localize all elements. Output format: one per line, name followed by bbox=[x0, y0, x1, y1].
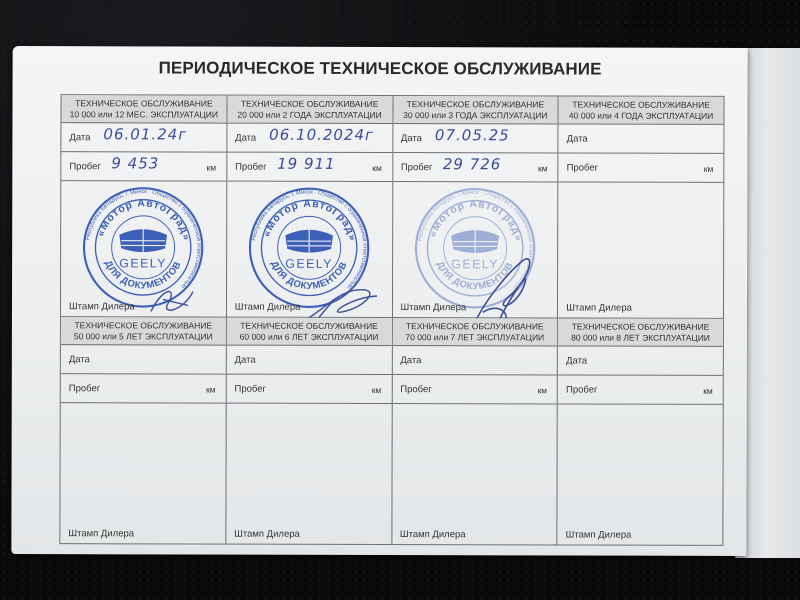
date-label: Дата bbox=[401, 133, 422, 144]
service-header-interval: 20 000 или 2 ГОДА ЭКСПЛУАТАЦИИ bbox=[227, 110, 392, 121]
date-label: Дата bbox=[566, 355, 587, 366]
date-field: Дата 07.05.25 bbox=[393, 124, 558, 153]
service-book-page: ПЕРИОДИЧЕСКОЕ ТЕХНИЧЕСКОЕ ОБСЛУЖИВАНИЕ Т… bbox=[11, 46, 747, 556]
service-header: ТЕХНИЧЕСКОЕ ОБСЛУЖИВАНИЕ 50 000 или 5 ЛЕ… bbox=[61, 317, 226, 345]
mileage-value: 9 453 bbox=[111, 154, 159, 172]
dealer-stamp-label: Штамп Дилера bbox=[69, 301, 135, 312]
date-label: Дата bbox=[400, 355, 421, 366]
mileage-label: Пробег bbox=[566, 384, 598, 395]
dealer-stamp-label: Штамп Дилера bbox=[400, 529, 466, 540]
service-cell-8: ТЕХНИЧЕСКОЕ ОБСЛУЖИВАНИЕ 80 000 или 8 ЛЕ… bbox=[558, 318, 723, 544]
mileage-field: Пробег 19 911 км bbox=[227, 153, 392, 182]
dealer-stamp-area: Республика Беларусь, г. Минск · Общество… bbox=[227, 182, 392, 317]
service-header: ТЕХНИЧЕСКОЕ ОБСЛУЖИВАНИЕ 60 000 или 6 ЛЕ… bbox=[227, 318, 392, 346]
mileage-unit: км bbox=[704, 164, 714, 174]
mileage-label: Пробег bbox=[69, 383, 101, 394]
date-value: 06.10.2024г bbox=[269, 126, 374, 144]
dealer-stamp-area: Штамп Дилера bbox=[392, 404, 557, 544]
mileage-field: Пробег км bbox=[392, 375, 557, 404]
mileage-value: 29 726 bbox=[443, 155, 502, 173]
service-header-interval: 30 000 или 3 ГОДА ЭКСПЛУАТАЦИИ bbox=[393, 110, 558, 121]
mileage-field: Пробег км bbox=[559, 153, 724, 182]
mileage-unit: км bbox=[207, 163, 217, 173]
svg-text:GEELY: GEELY bbox=[451, 257, 499, 271]
date-field: Дата bbox=[61, 345, 226, 374]
service-header-interval: 50 000 или 5 ЛЕТ ЭКСПЛУАТАЦИИ bbox=[61, 331, 226, 342]
service-header: ТЕХНИЧЕСКОЕ ОБСЛУЖИВАНИЕ 40 000 или 4 ГО… bbox=[559, 96, 724, 124]
service-cell-2: ТЕХНИЧЕСКОЕ ОБСЛУЖИВАНИЕ 20 000 или 2 ГО… bbox=[227, 96, 393, 317]
service-header-title: ТЕХНИЧЕСКОЕ ОБСЛУЖИВАНИЕ bbox=[392, 321, 557, 332]
mileage-unit: км bbox=[372, 163, 382, 173]
mileage-value: 19 911 bbox=[277, 155, 336, 173]
mileage-label: Пробег bbox=[235, 162, 267, 173]
dealer-stamp-label: Штамп Дилера bbox=[68, 528, 134, 539]
service-row-top: ТЕХНИЧЕСКОЕ ОБСЛУЖИВАНИЕ 10 000 или 12 М… bbox=[61, 95, 724, 319]
mileage-unit: км bbox=[703, 386, 713, 396]
dealer-stamp-area: Штамп Дилера bbox=[558, 182, 723, 317]
dealer-stamp-area: Штамп Дилера bbox=[558, 404, 723, 544]
service-header-title: ТЕХНИЧЕСКОЕ ОБСЛУЖИВАНИЕ bbox=[559, 99, 724, 110]
service-header-interval: 10 000 или 12 МЕС. ЭКСПЛУАТАЦИИ bbox=[61, 109, 226, 120]
date-field: Дата bbox=[559, 124, 724, 153]
service-header-interval: 40 000 или 4 ГОДА ЭКСПЛУАТАЦИИ bbox=[559, 110, 724, 121]
mileage-field: Пробег км bbox=[61, 374, 226, 403]
date-field: Дата bbox=[392, 346, 557, 375]
mileage-label: Пробег bbox=[69, 161, 101, 172]
date-label: Дата bbox=[69, 132, 90, 143]
mileage-label: Пробег bbox=[400, 384, 432, 395]
mileage-label: Пробег bbox=[401, 162, 433, 173]
service-header: ТЕХНИЧЕСКОЕ ОБСЛУЖИВАНИЕ 10 000 или 12 М… bbox=[61, 95, 226, 123]
dealer-stamp-area: Республика Беларусь, г. Минск · Общество… bbox=[61, 181, 226, 316]
dealer-stamp-label: Штамп Дилера bbox=[566, 302, 632, 313]
dealer-stamp-area: Штамп Дилера bbox=[226, 404, 391, 544]
service-header-interval: 70 000 или 7 ЛЕТ ЭКСПЛУАТАЦИИ bbox=[392, 332, 557, 343]
service-cell-6: ТЕХНИЧЕСКОЕ ОБСЛУЖИВАНИЕ 60 000 или 6 ЛЕ… bbox=[226, 318, 392, 544]
service-header-title: ТЕХНИЧЕСКОЕ ОБСЛУЖИВАНИЕ bbox=[393, 99, 558, 110]
service-cell-7: ТЕХНИЧЕСКОЕ ОБСЛУЖИВАНИЕ 70 000 или 7 ЛЕ… bbox=[392, 318, 558, 544]
service-header-title: ТЕХНИЧЕСКОЕ ОБСЛУЖИВАНИЕ bbox=[62, 98, 227, 109]
date-label: Дата bbox=[235, 355, 256, 366]
dealer-stamp: Республика Беларусь, г. Минск · Общество… bbox=[410, 186, 538, 310]
date-label: Дата bbox=[567, 133, 588, 144]
mileage-unit: км bbox=[206, 385, 216, 395]
dealer-stamp-area: Штамп Дилера bbox=[60, 403, 225, 543]
date-field: Дата bbox=[558, 346, 723, 375]
mileage-unit: км bbox=[537, 385, 547, 395]
service-header-title: ТЕХНИЧЕСКОЕ ОБСЛУЖИВАНИЕ bbox=[227, 321, 392, 332]
date-label: Дата bbox=[235, 133, 256, 144]
service-cell-4: ТЕХНИЧЕСКОЕ ОБСЛУЖИВАНИЕ 40 000 или 4 ГО… bbox=[558, 96, 723, 317]
dealer-stamp: Республика Беларусь, г. Минск · Общество… bbox=[79, 185, 207, 309]
mileage-label: Пробег bbox=[235, 384, 267, 395]
service-header-interval: 60 000 или 6 ЛЕТ ЭКСПЛУАТАЦИИ bbox=[227, 332, 392, 343]
date-value: 06.01.24г bbox=[103, 125, 187, 143]
mileage-unit: км bbox=[538, 163, 548, 173]
dealer-stamp-label: Штамп Дилера bbox=[400, 302, 466, 313]
date-field: Дата bbox=[227, 346, 392, 375]
dealer-stamp-area: Республика Беларусь, г. Минск · Общество… bbox=[392, 182, 557, 317]
mileage-field: Пробег км bbox=[558, 375, 723, 404]
service-header-title: ТЕХНИЧЕСКОЕ ОБСЛУЖИВАНИЕ bbox=[558, 321, 723, 332]
mileage-field: Пробег 9 453 км bbox=[61, 152, 226, 181]
svg-text:GEELY: GEELY bbox=[285, 257, 333, 271]
service-row-bottom: ТЕХНИЧЕСКОЕ ОБСЛУЖИВАНИЕ 50 000 или 5 ЛЕ… bbox=[60, 317, 723, 545]
mileage-label: Пробег bbox=[567, 162, 599, 173]
service-header-title: ТЕХНИЧЕСКОЕ ОБСЛУЖИВАНИЕ bbox=[227, 99, 392, 110]
page-title: ПЕРИОДИЧЕСКОЕ ТЕХНИЧЕСКОЕ ОБСЛУЖИВАНИЕ bbox=[13, 58, 748, 80]
dealer-stamp-label: Штамп Дилера bbox=[235, 302, 301, 313]
service-cell-1: ТЕХНИЧЕСКОЕ ОБСЛУЖИВАНИЕ 10 000 или 12 М… bbox=[61, 95, 227, 316]
dealer-stamp-label: Штамп Дилера bbox=[234, 529, 300, 540]
mileage-field: Пробег 29 726 км bbox=[393, 153, 558, 182]
mileage-field: Пробег км bbox=[226, 375, 391, 404]
date-label: Дата bbox=[69, 354, 90, 365]
service-header: ТЕХНИЧЕСКОЕ ОБСЛУЖИВАНИЕ 20 000 или 2 ГО… bbox=[227, 96, 392, 124]
date-field: Дата 06.01.24г bbox=[61, 123, 226, 152]
service-cell-5: ТЕХНИЧЕСКОЕ ОБСЛУЖИВАНИЕ 50 000 или 5 ЛЕ… bbox=[60, 317, 226, 543]
service-header: ТЕХНИЧЕСКОЕ ОБСЛУЖИВАНИЕ 70 000 или 7 ЛЕ… bbox=[392, 318, 557, 346]
dealer-stamp: Республика Беларусь, г. Минск · Общество… bbox=[245, 186, 373, 310]
date-field: Дата 06.10.2024г bbox=[227, 124, 392, 153]
mileage-unit: км bbox=[372, 385, 382, 395]
service-cell-3: ТЕХНИЧЕСКОЕ ОБСЛУЖИВАНИЕ 30 000 или 3 ГО… bbox=[392, 96, 558, 317]
date-value: 07.05.25 bbox=[435, 126, 510, 144]
service-header: ТЕХНИЧЕСКОЕ ОБСЛУЖИВАНИЕ 80 000 или 8 ЛЕ… bbox=[558, 318, 723, 346]
service-header-interval: 80 000 или 8 ЛЕТ ЭКСПЛУАТАЦИИ bbox=[558, 332, 723, 343]
svg-text:GEELY: GEELY bbox=[119, 256, 167, 270]
service-grid: ТЕХНИЧЕСКОЕ ОБСЛУЖИВАНИЕ 10 000 или 12 М… bbox=[59, 94, 724, 546]
service-header: ТЕХНИЧЕСКОЕ ОБСЛУЖИВАНИЕ 30 000 или 3 ГО… bbox=[393, 96, 558, 124]
service-header-title: ТЕХНИЧЕСКОЕ ОБСЛУЖИВАНИЕ bbox=[61, 320, 226, 331]
dealer-stamp-label: Штамп Дилера bbox=[566, 529, 632, 540]
